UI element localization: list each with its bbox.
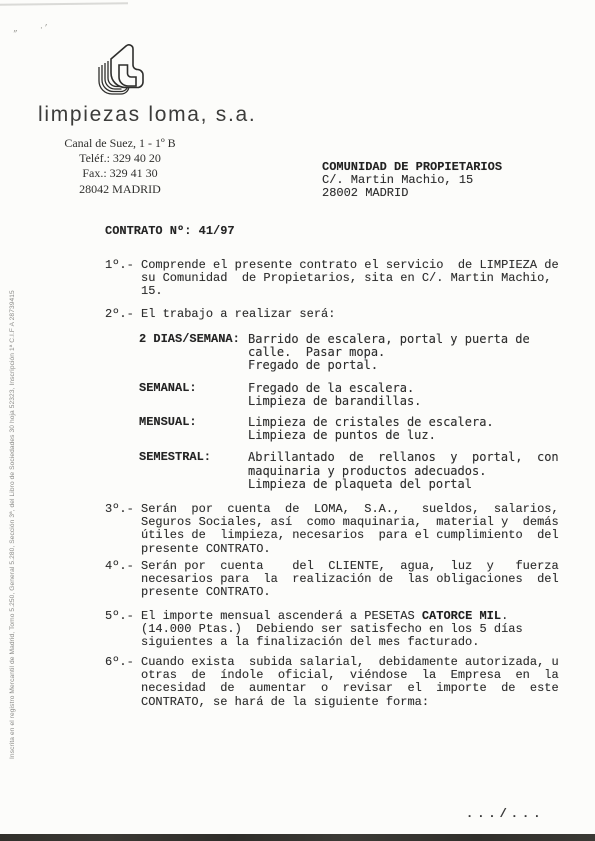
recipient-block: COMUNIDAD DE PROPIETARIOS C/. Martin Mac… [322, 161, 502, 201]
address-line-phone: Teléf.: 329 40 20 [48, 151, 192, 166]
clause-5: 5º.- El importe mensual ascenderá a PESE… [105, 610, 523, 650]
scan-artifact-mark: ·’ [39, 25, 49, 33]
clause-5-text: 5º.- El importe mensual ascenderá a PESE… [105, 609, 422, 623]
contract-number-heading: CONTRATO Nº: 41/97 [105, 225, 235, 238]
schedule-row-semiannual: SEMESTRAL: Abrillantado de rellanos y po… [139, 451, 559, 491]
schedule-row-biweekly: 2 DIAS/SEMANA: Barrido de escalera, port… [139, 333, 559, 373]
clause-1: 1º.- Comprende el presente contrato el s… [105, 259, 559, 299]
clause-6: 6º.- Cuando exista subida salarial, debi… [105, 656, 559, 709]
schedule-tasks: Abrillantado de rellanos y portal, con m… [248, 451, 559, 491]
address-line-street: Canal de Suez, 1 - 1º B [48, 136, 192, 151]
continuation-marker: .../... [466, 808, 544, 821]
contract-page: „ ·’ Inscrita en el registro Mercantil d… [0, 0, 595, 841]
company-address: Canal de Suez, 1 - 1º B Teléf.: 329 40 2… [48, 136, 192, 197]
schedule-frequency-label: SEMESTRAL: [139, 451, 248, 491]
company-name: limpiezas loma, s.a. [38, 103, 256, 127]
schedule-tasks: Barrido de escalera, portal y puerta de … [248, 333, 530, 373]
schedule-tasks: Fregado de la escalera. Limpieza de bara… [248, 382, 421, 408]
registry-sidenote: Inscrita en el registro Mercantil de Mad… [9, 290, 16, 759]
company-logo-icon [86, 41, 148, 110]
schedule-frequency-label: SEMANAL: [139, 382, 248, 408]
schedule-tasks: Limpieza de cristales de escalera. Limpi… [248, 416, 494, 442]
schedule-frequency-label: MENSUAL: [139, 416, 248, 442]
scan-artifact-mark: „ [13, 26, 18, 34]
work-schedule: 2 DIAS/SEMANA: Barrido de escalera, port… [139, 333, 559, 491]
clause-2: 2º.- El trabajo a realizar será: [105, 308, 335, 321]
schedule-row-monthly: MENSUAL: Limpieza de cristales de escale… [139, 416, 559, 442]
scan-artifact-line [0, 2, 128, 6]
clause-3: 3º.- Serán por cuenta de LOMA, S.A., sue… [105, 503, 559, 556]
recipient-city: 28002 MADRID [322, 187, 502, 200]
schedule-frequency-label: 2 DIAS/SEMANA: [139, 333, 248, 373]
address-line-city: 28042 MADRID [48, 182, 192, 197]
schedule-row-weekly: SEMANAL: Fregado de la escalera. Limpiez… [139, 382, 559, 408]
scan-bottom-edge [0, 834, 595, 841]
address-line-fax: Fax.: 329 41 30 [48, 166, 192, 181]
clause-4: 4º.- Serán por cuenta del CLIENTE, agua,… [105, 560, 559, 600]
clause-5-amount: CATORCE MIL [422, 609, 501, 623]
